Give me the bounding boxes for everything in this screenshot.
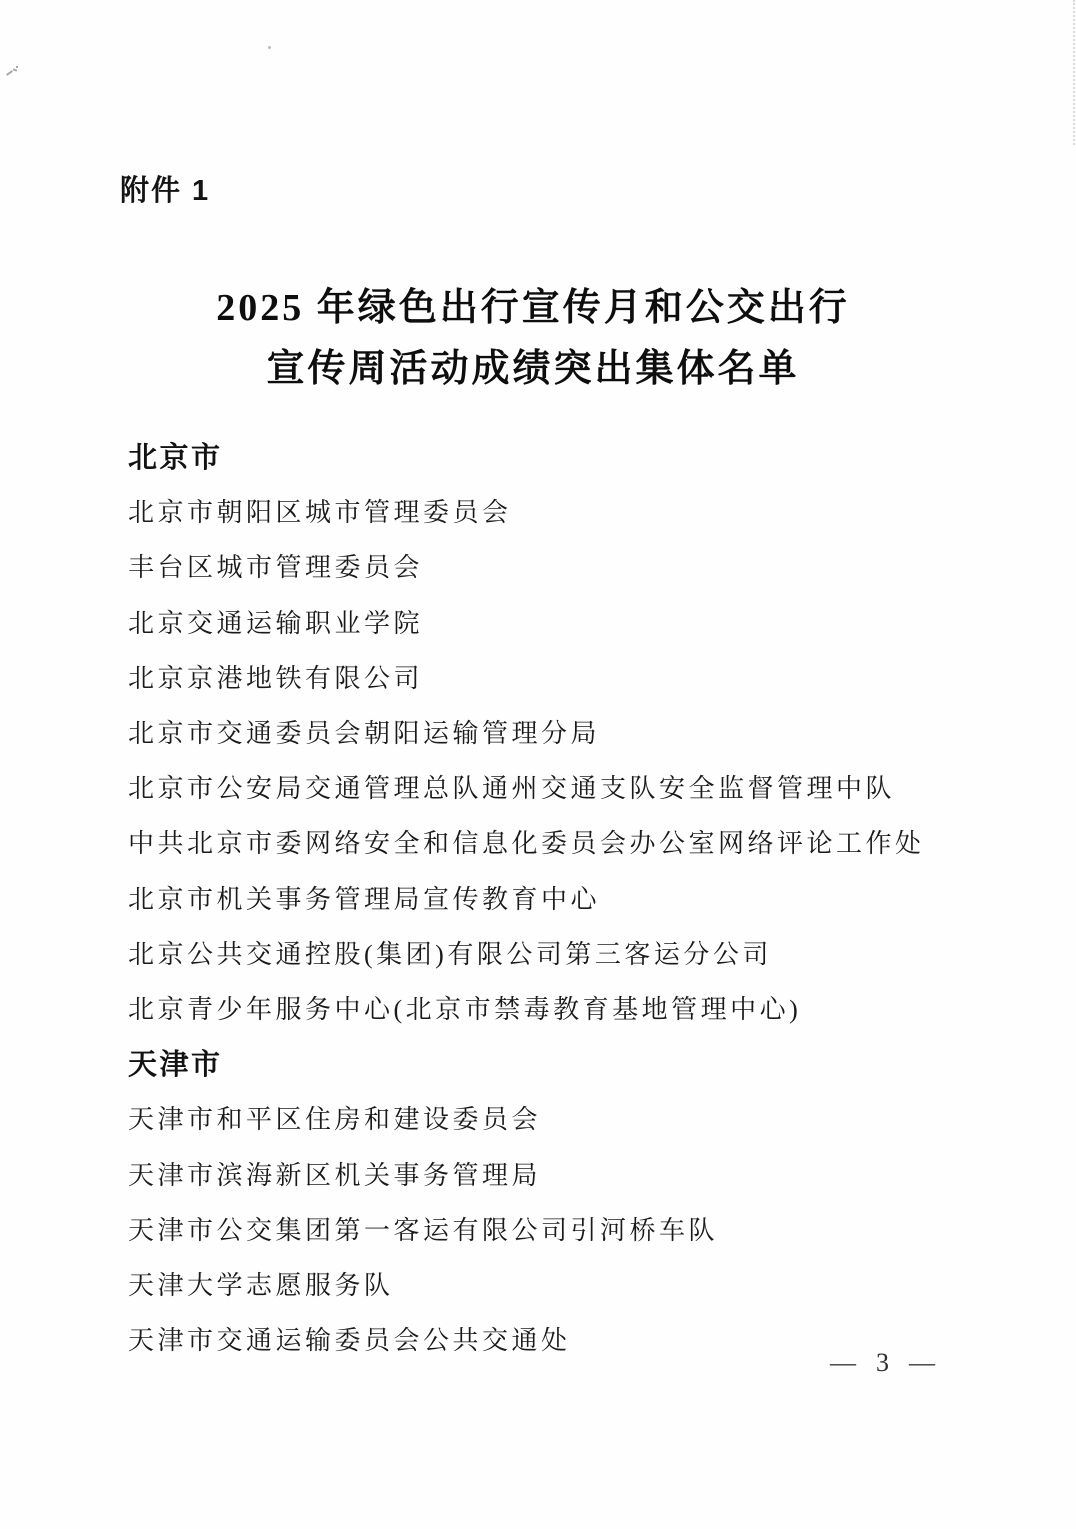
list-item: 北京青少年服务中心(北京市禁毒教育基地管理中心) xyxy=(128,980,1016,1035)
list-item: 北京市朝阳区城市管理委员会 xyxy=(128,483,1016,538)
organization-list: 北京市 北京市朝阳区城市管理委员会 丰台区城市管理委员会 北京交通运输职业学院 … xyxy=(128,428,1016,1366)
footer-dash-left: — xyxy=(830,1348,856,1378)
page-number: — 3 — xyxy=(830,1348,935,1378)
section-heading-beijing: 北京市 xyxy=(128,428,1016,483)
footer-dash-right: — xyxy=(909,1348,935,1378)
list-item: 丰台区城市管理委员会 xyxy=(128,538,1016,593)
footer-page-number: 3 xyxy=(876,1348,889,1378)
document-title: 2025 年绿色出行宣传月和公交出行 宣传周活动成绩突出集体名单 xyxy=(0,278,1066,400)
section-heading-tianjin: 天津市 xyxy=(128,1035,1016,1090)
list-item: 天津市滨海新区机关事务管理局 xyxy=(128,1145,1016,1200)
attachment-label: 附件 1 xyxy=(120,168,210,209)
list-item: 北京市交通委员会朝阳运输管理分局 xyxy=(128,704,1016,759)
list-item: 北京交通运输职业学院 xyxy=(128,594,1016,649)
list-item: 天津市和平区住房和建设委员会 xyxy=(128,1090,1016,1145)
scan-artifact-mark xyxy=(6,66,20,78)
list-item: 北京京港地铁有限公司 xyxy=(128,649,1016,704)
list-item: 天津市公交集团第一客运有限公司引河桥车队 xyxy=(128,1201,1016,1256)
list-item: 天津大学志愿服务队 xyxy=(128,1256,1016,1311)
list-item: 北京公共交通控股(集团)有限公司第三客运分公司 xyxy=(128,925,1016,980)
scan-speck xyxy=(268,46,271,49)
document-title-line-2: 宣传周活动成绩突出集体名单 xyxy=(0,339,1066,400)
list-item: 北京市公安局交通管理总队通州交通支队安全监督管理中队 xyxy=(128,759,1016,814)
list-item: 中共北京市委网络安全和信息化委员会办公室网络评论工作处 xyxy=(128,814,1016,869)
scan-edge-noise xyxy=(1073,0,1075,145)
list-item: 北京市机关事务管理局宣传教育中心 xyxy=(128,870,1016,925)
document-page: 附件 1 2025 年绿色出行宣传月和公交出行 宣传周活动成绩突出集体名单 北京… xyxy=(0,0,1076,1529)
document-title-line-1: 2025 年绿色出行宣传月和公交出行 xyxy=(0,278,1066,339)
